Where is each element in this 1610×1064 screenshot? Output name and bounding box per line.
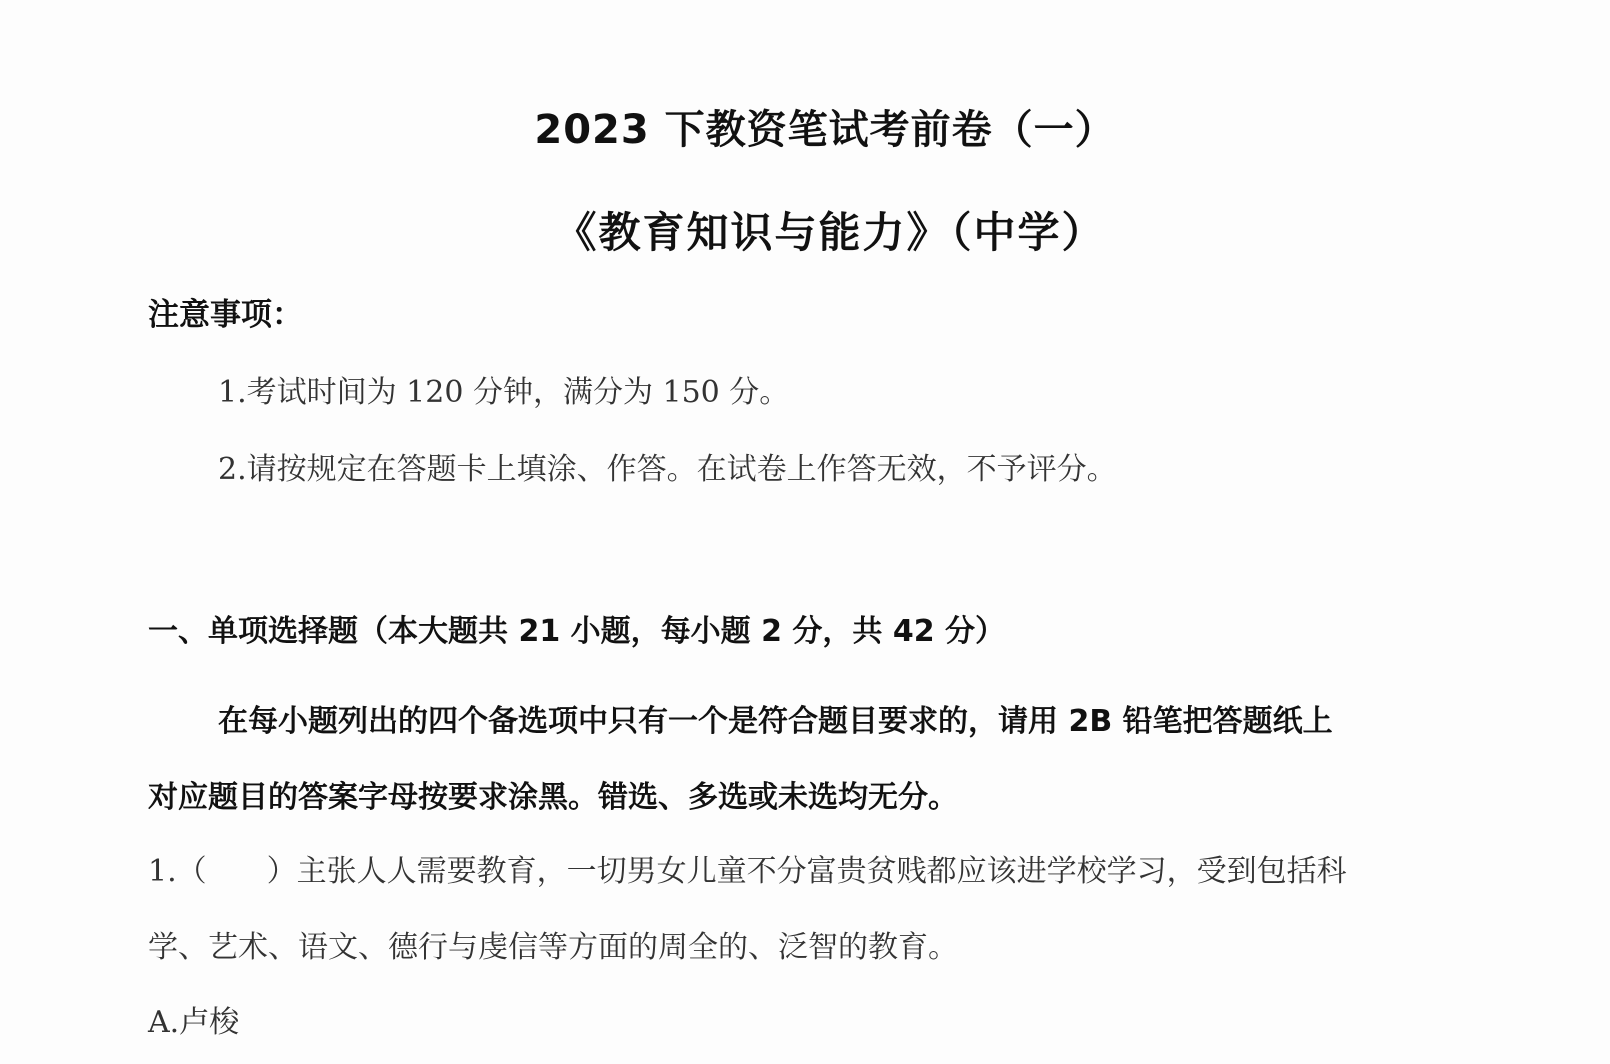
question-1-option-a: A.卢梭 <box>148 1008 239 1038</box>
exam-subtitle: 《教育知识与能力》（中学） <box>0 200 1610 260</box>
exam-page: 2023 下教资笔试考前卷（一） 《教育知识与能力》（中学） 注意事项： 1.考… <box>0 0 1610 1064</box>
exam-title: 2023 下教资笔试考前卷（一） <box>0 98 1610 155</box>
question-1-text: 学、艺术、语文、德行与虔信等方面的周全的、泛智的教育。 <box>148 933 958 963</box>
section-heading: 一、单项选择题（本大题共 21 小题，每小题 2 分，共 42 分） <box>148 617 1005 647</box>
question-1-text: 1.（ ）主张人人需要教育，一切男女儿童不分富贵贫贱都应该进学校学习，受到包括科 <box>148 857 1347 887</box>
section-instructions-line: 在每小题列出的四个备选项中只有一个是符合题目要求的，请用 2B 铅笔把答题纸上 <box>218 707 1333 737</box>
note-item: 2.请按规定在答题卡上填涂、作答。在试卷上作答无效，不予评分。 <box>218 455 1117 485</box>
notes-heading: 注意事项： <box>148 300 303 331</box>
note-item: 1.考试时间为 120 分钟，满分为 150 分。 <box>218 378 789 408</box>
section-instructions-line: 对应题目的答案字母按要求涂黑。错选、多选或未选均无分。 <box>148 783 958 813</box>
